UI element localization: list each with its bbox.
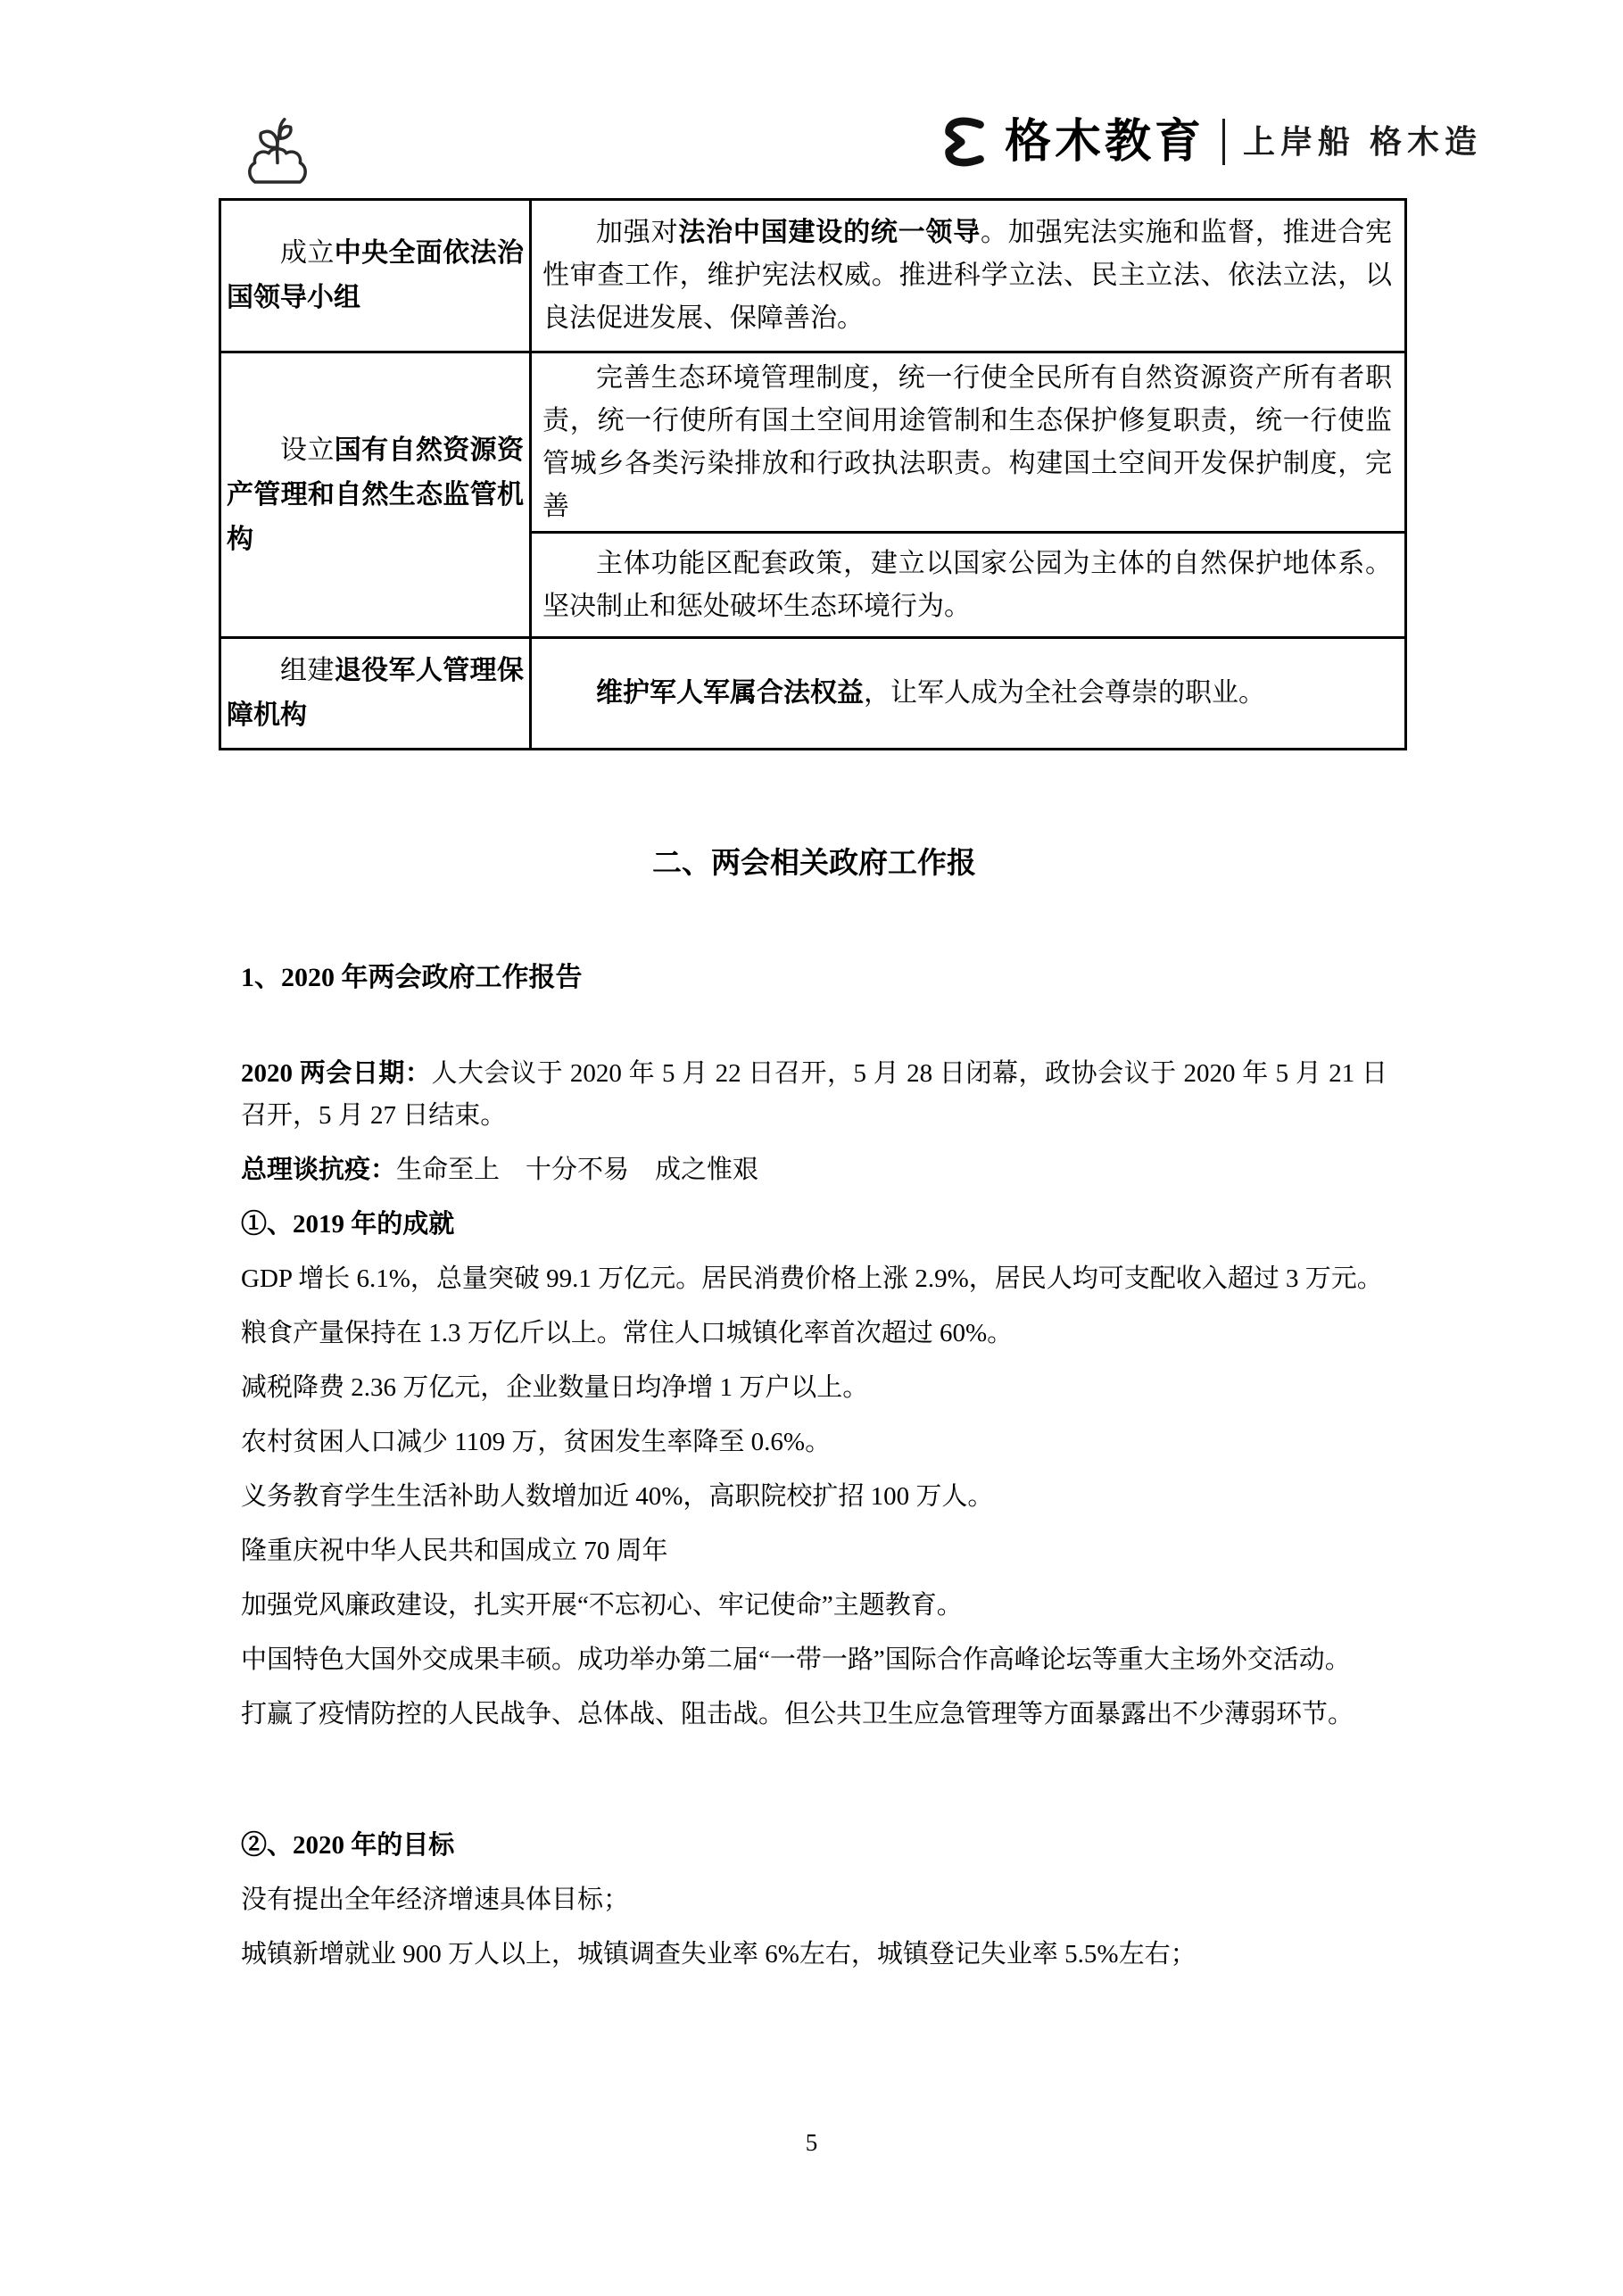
document-page: 格木教育 上岸船 格木造 成立中央全面依法治国领导小组 加强对法治中国建设的统一…	[0, 0, 1623, 2296]
paragraph: 总理谈抗疫：生命至上 十分不易 成之惟艰	[241, 1149, 1387, 1191]
sprout-icon	[243, 112, 312, 186]
table-row-content: 主体功能区配套政策，建立以国家公园为主体的自然保护地体系。坚决制止和惩处破坏生态…	[529, 531, 1404, 636]
table-row-label: 组建退役军人管理保障机构	[221, 636, 529, 748]
table-row-label: 设立国有自然资源资产管理和自然生态监管机构	[221, 351, 529, 636]
paragraph: 加强党风廉政建设，扎实开展“不忘初心、牢记使命”主题教育。	[241, 1585, 1387, 1627]
paragraph-lead: 总理谈抗疫：	[241, 1156, 396, 1184]
paragraph: 打赢了疫情防控的人民战争、总体战、阻击战。但公共卫生应急管理等方面暴露出不少薄弱…	[241, 1694, 1387, 1736]
reform-table: 成立中央全面依法治国领导小组 加强对法治中国建设的统一领导。加强宪法实施和监督，…	[219, 198, 1407, 750]
paragraph-lead: 2020 两会日期：	[241, 1059, 431, 1088]
logo-text: 格木教育	[1005, 119, 1205, 165]
list-heading: ①、2019 年的成就	[241, 1204, 1387, 1246]
logo-slogan: 上岸船 格木造	[1243, 126, 1482, 158]
paragraph: GDP 增长 6.1%，总量突破 99.1 万亿元。居民消费价格上涨 2.9%，…	[241, 1258, 1387, 1300]
paragraph: 2020 两会日期：人大会议于 2020 年 5 月 22 日召开，5 月 28…	[241, 1053, 1387, 1137]
section-title: 二、两会相关政府工作报	[241, 846, 1387, 882]
paragraph: 中国特色大国外交成果丰硕。成功举办第二届“一带一路”国际合作高峰论坛等重大主场外…	[241, 1639, 1387, 1681]
document-body: 二、两会相关政府工作报 1、2020 年两会政府工作报告 2020 两会日期：人…	[241, 846, 1387, 1988]
subsection-title: 1、2020 年两会政府工作报告	[241, 962, 1387, 994]
gemu-logo-mark-icon	[940, 116, 992, 168]
paragraph: 粮食产量保持在 1.3 万亿斤以上。常住人口城镇化率首次超过 60%。	[241, 1313, 1387, 1355]
header-logo: 格木教育 上岸船 格木造	[940, 112, 1482, 171]
paragraph: 没有提出全年经济增速具体目标；	[241, 1879, 1387, 1921]
table-row-content: 加强对法治中国建设的统一领导。加强宪法实施和监督，推进合宪性审查工作，维护宪法权…	[529, 201, 1404, 351]
table-row-content: 维护军人军属合法权益，让军人成为全社会尊崇的职业。	[529, 636, 1404, 748]
logo-divider	[1222, 119, 1225, 165]
paragraph: 义务教育学生生活补助人数增加近 40%，高职院校扩招 100 万人。	[241, 1476, 1387, 1518]
page-number: 5	[0, 2129, 1623, 2157]
table-row-label: 成立中央全面依法治国领导小组	[221, 201, 529, 351]
list-heading: ②、2020 年的目标	[241, 1825, 1387, 1867]
paragraph: 城镇新增就业 900 万人以上，城镇调查失业率 6%左右，城镇登记失业率 5.5…	[241, 1934, 1387, 1976]
paragraph: 减税降费 2.36 万亿元，企业数量日均净增 1 万户以上。	[241, 1367, 1387, 1409]
paragraph: 农村贫困人口减少 1109 万，贫困发生率降至 0.6%。	[241, 1422, 1387, 1463]
paragraph: 隆重庆祝中华人民共和国成立 70 周年	[241, 1530, 1387, 1572]
table-row-content: 完善生态环境管理制度，统一行使全民所有自然资源资产所有者职责，统一行使所有国土空…	[529, 351, 1404, 531]
